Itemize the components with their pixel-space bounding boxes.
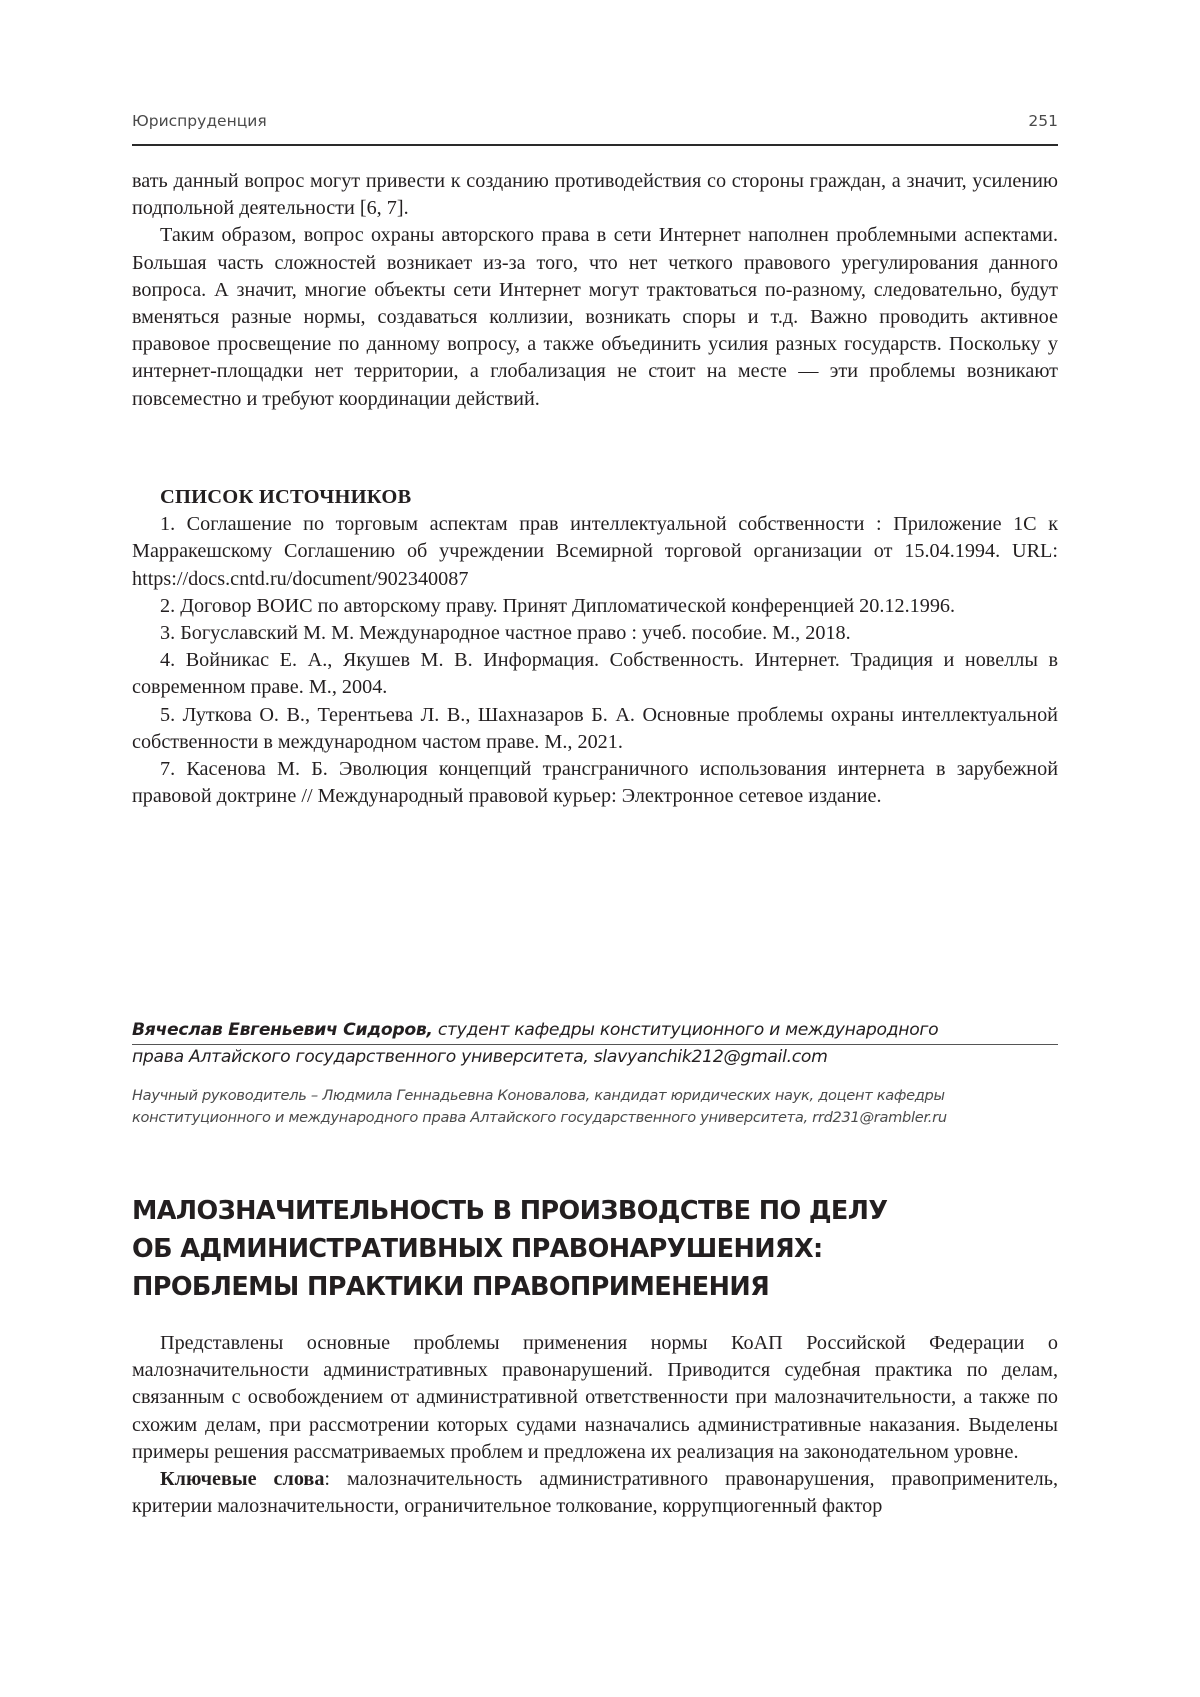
abstract: Представлены основные проблемы применени… [132,1330,1058,1520]
body-paragraph: Таким образом, вопрос охраны авторского … [132,222,1058,412]
advisor-info: Научный руководитель – Людмила Геннадьев… [132,1085,1058,1129]
source-item: 7. Касенова М. Б. Эволюция концепций тра… [132,756,1058,810]
source-item: 4. Войникас Е. А., Якушев М. В. Информац… [132,647,1058,701]
author-info: Вячеслав Евгеньевич Сидоров, студент каф… [132,1018,1058,1070]
page-number: 251 [1028,112,1058,130]
source-item: 1. Соглашение по торговым аспектам прав … [132,511,1058,593]
source-item: 3. Богуславский М. М. Международное част… [132,620,1058,647]
source-item: 5. Лутков­а О. В., Терентьева Л. В., Шах… [132,702,1058,756]
running-head-section: Юриспруденция [132,112,267,130]
article-title-line: МАЛОЗНАЧИТЕЛЬНОСТЬ В ПРОИЗВОДСТВЕ ПО ДЕЛ… [132,1192,1058,1230]
keywords: Ключевые слова: малозначительность админ… [132,1466,1058,1520]
header-rule [132,144,1058,146]
keywords-label: Ключевые слова [160,1468,324,1490]
article-title-line: ПРОБЛЕМЫ ПРАКТИКИ ПРАВОПРИМЕНЕНИЯ [132,1268,1058,1306]
sources-list: СПИСОК ИСТОЧНИКОВ 1. Соглашение по торго… [132,484,1058,810]
author-affiliation: студент кафедры конституционного и между… [433,1020,939,1040]
body-text: вать данный вопрос могут привести к созд… [132,168,1058,413]
author-line-2: права Алтайского государственного универ… [132,1045,1058,1070]
body-paragraph: вать данный вопрос могут привести к созд… [132,168,1058,222]
article-title: МАЛОЗНАЧИТЕЛЬНОСТЬ В ПРОИЗВОДСТВЕ ПО ДЕЛ… [132,1192,1058,1306]
sources-title: СПИСОК ИСТОЧНИКОВ [132,484,1058,511]
author-line-1: Вячеслав Евгеньевич Сидоров, студент каф… [132,1018,1058,1045]
running-head: Юриспруденция 251 [132,112,1058,138]
source-item: 2. Договор ВОИС по авторскому праву. При… [132,593,1058,620]
author-name: Вячеслав Евгеньевич Сидоров, [132,1020,433,1040]
article-title-line: ОБ АДМИНИСТРАТИВНЫХ ПРАВОНАРУШЕНИЯХ: [132,1230,1058,1268]
abstract-text: Представлены основные проблемы применени… [132,1330,1058,1466]
